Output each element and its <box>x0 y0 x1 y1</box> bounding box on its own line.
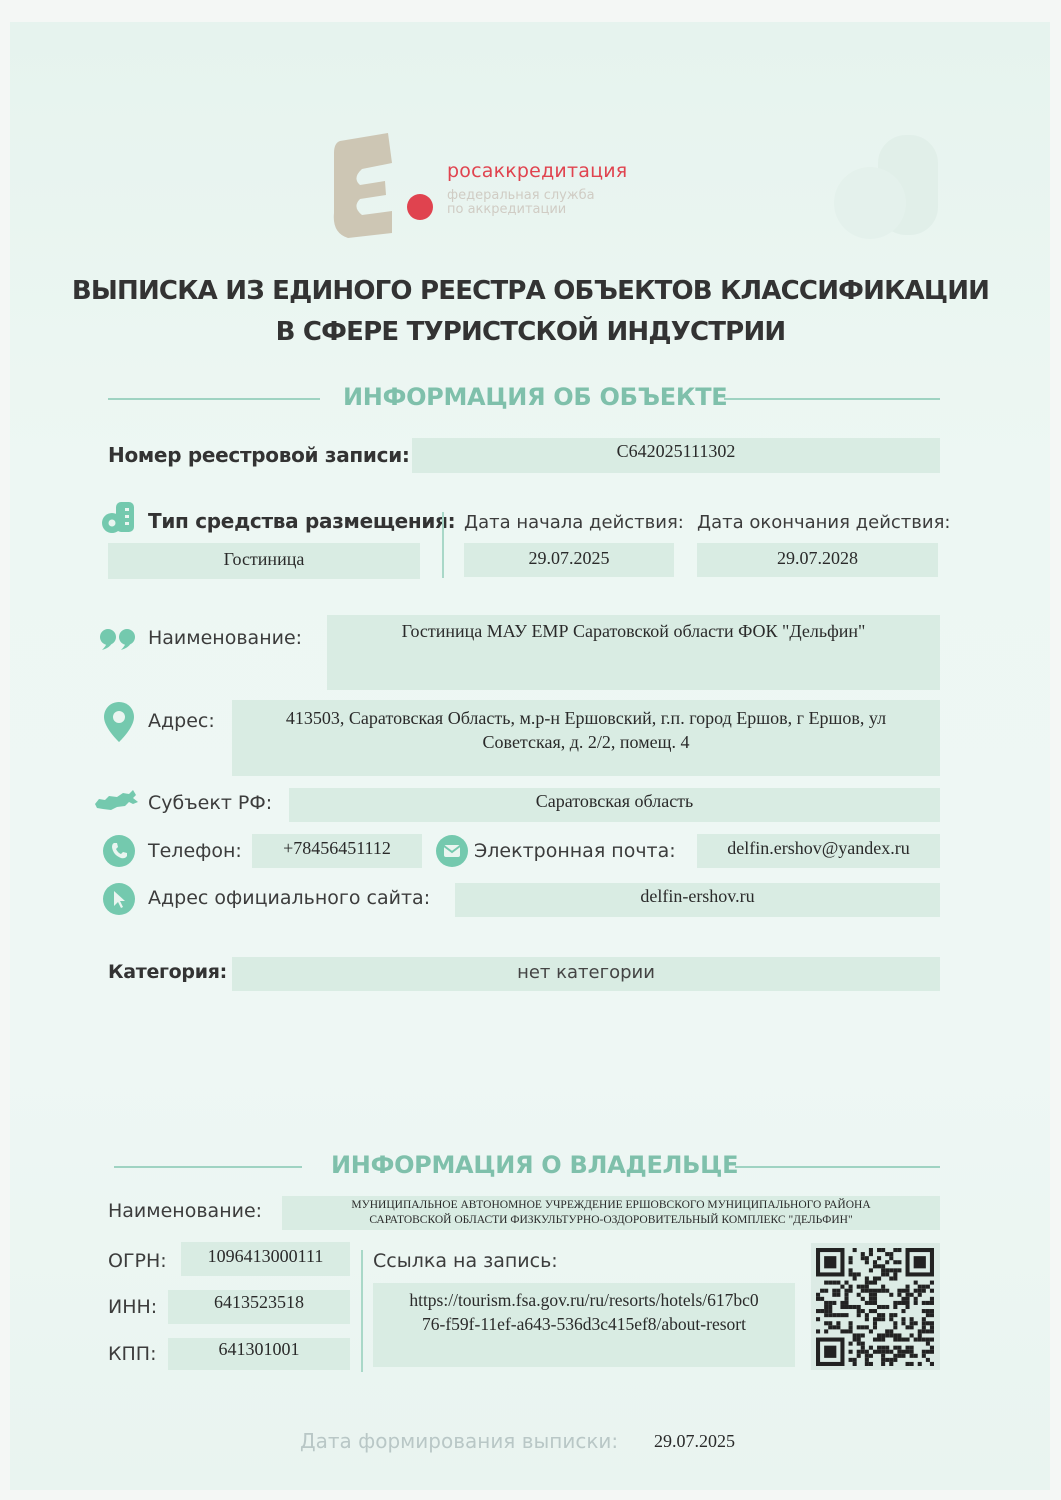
logo-subtitle-line2: по аккредитации <box>447 203 595 217</box>
address-line1: 413503, Саратовская Область, м.р-н Ершов… <box>232 706 940 730</box>
extract-date-value: 29.07.2025 <box>654 1431 735 1452</box>
address-line2: Советская, д. 2/2, помещ. 4 <box>232 730 940 754</box>
document-title-line2: В СФЕРЕ ТУРИСТСКОЙ ИНДУСТРИИ <box>0 317 1061 347</box>
region-value: Саратовская область <box>289 788 940 822</box>
emblem-icon <box>330 133 400 238</box>
start-date-value: 29.07.2025 <box>464 543 674 577</box>
watermark-building-icon <box>830 135 940 240</box>
end-date-value: 29.07.2028 <box>697 543 938 577</box>
extract-date-label: Дата формирования выписки: <box>300 1429 618 1453</box>
object-name-value: Гостиница МАУ ЕМР Саратовской области ФО… <box>327 615 940 690</box>
category-label: Категория: <box>108 961 227 983</box>
russia-map-icon <box>93 790 139 814</box>
address-label: Адрес: <box>148 710 215 732</box>
start-date-label: Дата начала действия: <box>464 512 684 533</box>
region-label: Субъект РФ: <box>148 792 272 814</box>
accommodation-type-label: Тип средства размещения: <box>148 509 455 533</box>
object-section-heading: ИНФОРМАЦИЯ ОБ ОБЪЕКТЕ <box>343 383 727 411</box>
cursor-icon <box>103 883 135 915</box>
record-link-line2[interactable]: 76-f59f-11ef-a643-536d3c415ef8/about-res… <box>373 1312 795 1336</box>
kpp-label: КПП: <box>108 1343 156 1365</box>
ogrn-value: 1096413000111 <box>181 1242 350 1276</box>
object-name-label: Наименование: <box>148 627 302 649</box>
website-value[interactable]: delfin-ershov.ru <box>455 883 940 917</box>
divider <box>108 398 320 400</box>
qr-code-icon[interactable] <box>816 1248 934 1366</box>
building-icon <box>101 502 135 534</box>
document-title-line1: ВЫПИСКА ИЗ ЕДИНОГО РЕЕСТРА ОБЪЕКТОВ КЛАС… <box>0 276 1061 306</box>
red-dot-icon <box>407 194 433 220</box>
email-icon <box>436 835 468 867</box>
owner-name-label: Наименование: <box>108 1200 262 1222</box>
owner-name-value: МУНИЦИПАЛЬНОЕ АВТОНОМНОЕ УЧРЕЖДЕНИЕ ЕРШО… <box>282 1196 940 1230</box>
vertical-divider <box>361 1250 363 1372</box>
qr-code-frame <box>811 1243 940 1370</box>
inn-value: 6413523518 <box>168 1290 350 1324</box>
divider <box>735 1166 940 1168</box>
record-link-label: Ссылка на запись: <box>373 1250 558 1272</box>
website-label: Адрес официального сайта: <box>148 887 430 909</box>
location-pin-icon <box>104 702 134 742</box>
inn-label: ИНН: <box>108 1296 157 1318</box>
ogrn-label: ОГРН: <box>108 1250 167 1272</box>
record-link-value[interactable]: https://tourism.fsa.gov.ru/ru/resorts/ho… <box>373 1283 795 1367</box>
logo-subtitle: федеральная служба по аккредитации <box>447 189 595 217</box>
owner-section-heading: ИНФОРМАЦИЯ О ВЛАДЕЛЬЦЕ <box>331 1151 738 1179</box>
phone-label: Телефон: <box>148 840 242 862</box>
logo-name: росаккредитация <box>447 160 627 182</box>
owner-name-line1: МУНИЦИПАЛЬНОЕ АВТОНОМНОЕ УЧРЕЖДЕНИЕ ЕРШО… <box>282 1198 940 1213</box>
owner-name-line2: САРАТОВСКОЙ ОБЛАСТИ ФИЗКУЛЬТУРНО-ОЗДОРОВ… <box>282 1213 940 1228</box>
logo-subtitle-line1: федеральная служба <box>447 189 595 203</box>
email-value[interactable]: delfin.ershov@yandex.ru <box>697 834 940 868</box>
divider <box>724 398 940 400</box>
registry-number-label: Номер реестровой записи: <box>108 443 410 467</box>
registry-number-value: С642025111302 <box>412 438 940 473</box>
accommodation-type-value: Гостиница <box>108 543 420 579</box>
end-date-label: Дата окончания действия: <box>697 512 950 533</box>
phone-value[interactable]: +78456451112 <box>252 834 422 868</box>
record-link-line1[interactable]: https://tourism.fsa.gov.ru/ru/resorts/ho… <box>373 1288 795 1312</box>
phone-icon <box>103 835 135 867</box>
kpp-value: 641301001 <box>168 1338 350 1370</box>
divider <box>114 1166 302 1168</box>
category-value: нет категории <box>232 957 940 991</box>
quote-icon <box>99 628 137 650</box>
address-value: 413503, Саратовская Область, м.р-н Ершов… <box>232 700 940 776</box>
email-label: Электронная почта: <box>474 840 676 862</box>
vertical-divider <box>442 512 444 578</box>
